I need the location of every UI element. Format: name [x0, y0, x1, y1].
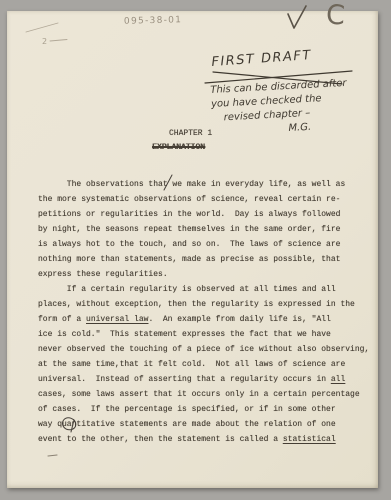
file-number: 095-38-01 [124, 15, 183, 27]
typed-line: If a certain regularity is observed at a… [38, 282, 378, 297]
typed-line: universal. Instead of asserting that a r… [38, 372, 378, 387]
typed-line: petitions or regularities in the world. … [38, 207, 378, 222]
typed-line: places, without exception, then the regu… [38, 297, 378, 312]
typed-line: the more systematic observations of scie… [38, 192, 378, 207]
typed-line: form of a universal law. An example from… [38, 312, 378, 327]
typed-text: The observations that we make in everyda… [38, 177, 378, 447]
typed-line: way quantitative statements are made abo… [38, 417, 378, 432]
editor-note: This can be discarded after you have che… [210, 77, 349, 140]
typed-line: is always hot to the touch, and so on. T… [38, 237, 378, 252]
typed-line: at the same time,that it felt cold. Not … [38, 357, 378, 372]
typed-line: express these regularities. [38, 267, 378, 282]
typed-line: by night, the seasons repeat themselves … [38, 222, 378, 237]
deleted-chapter-title: EXPLANATION [152, 142, 205, 154]
scanned-page: 095-38-01 C FIRST DRAFT This can be disc… [0, 0, 391, 500]
typed-line: event to the other, then the statement i… [38, 432, 378, 447]
typed-line: cases, some laws assert that it occurs o… [38, 387, 378, 402]
typed-line: of cases. If the percentage is specified… [38, 402, 378, 417]
typed-line: never observed the touching of a piece o… [38, 342, 378, 357]
corner-letter-annotation: C [325, 0, 345, 31]
chapter-heading: CHAPTER 1 [169, 128, 212, 140]
typed-line: The observations that we make in everyda… [38, 177, 378, 192]
typed-line: nothing more than statements, made as pr… [38, 252, 378, 267]
typed-line: ice is cold." This statement expresses t… [38, 327, 378, 342]
